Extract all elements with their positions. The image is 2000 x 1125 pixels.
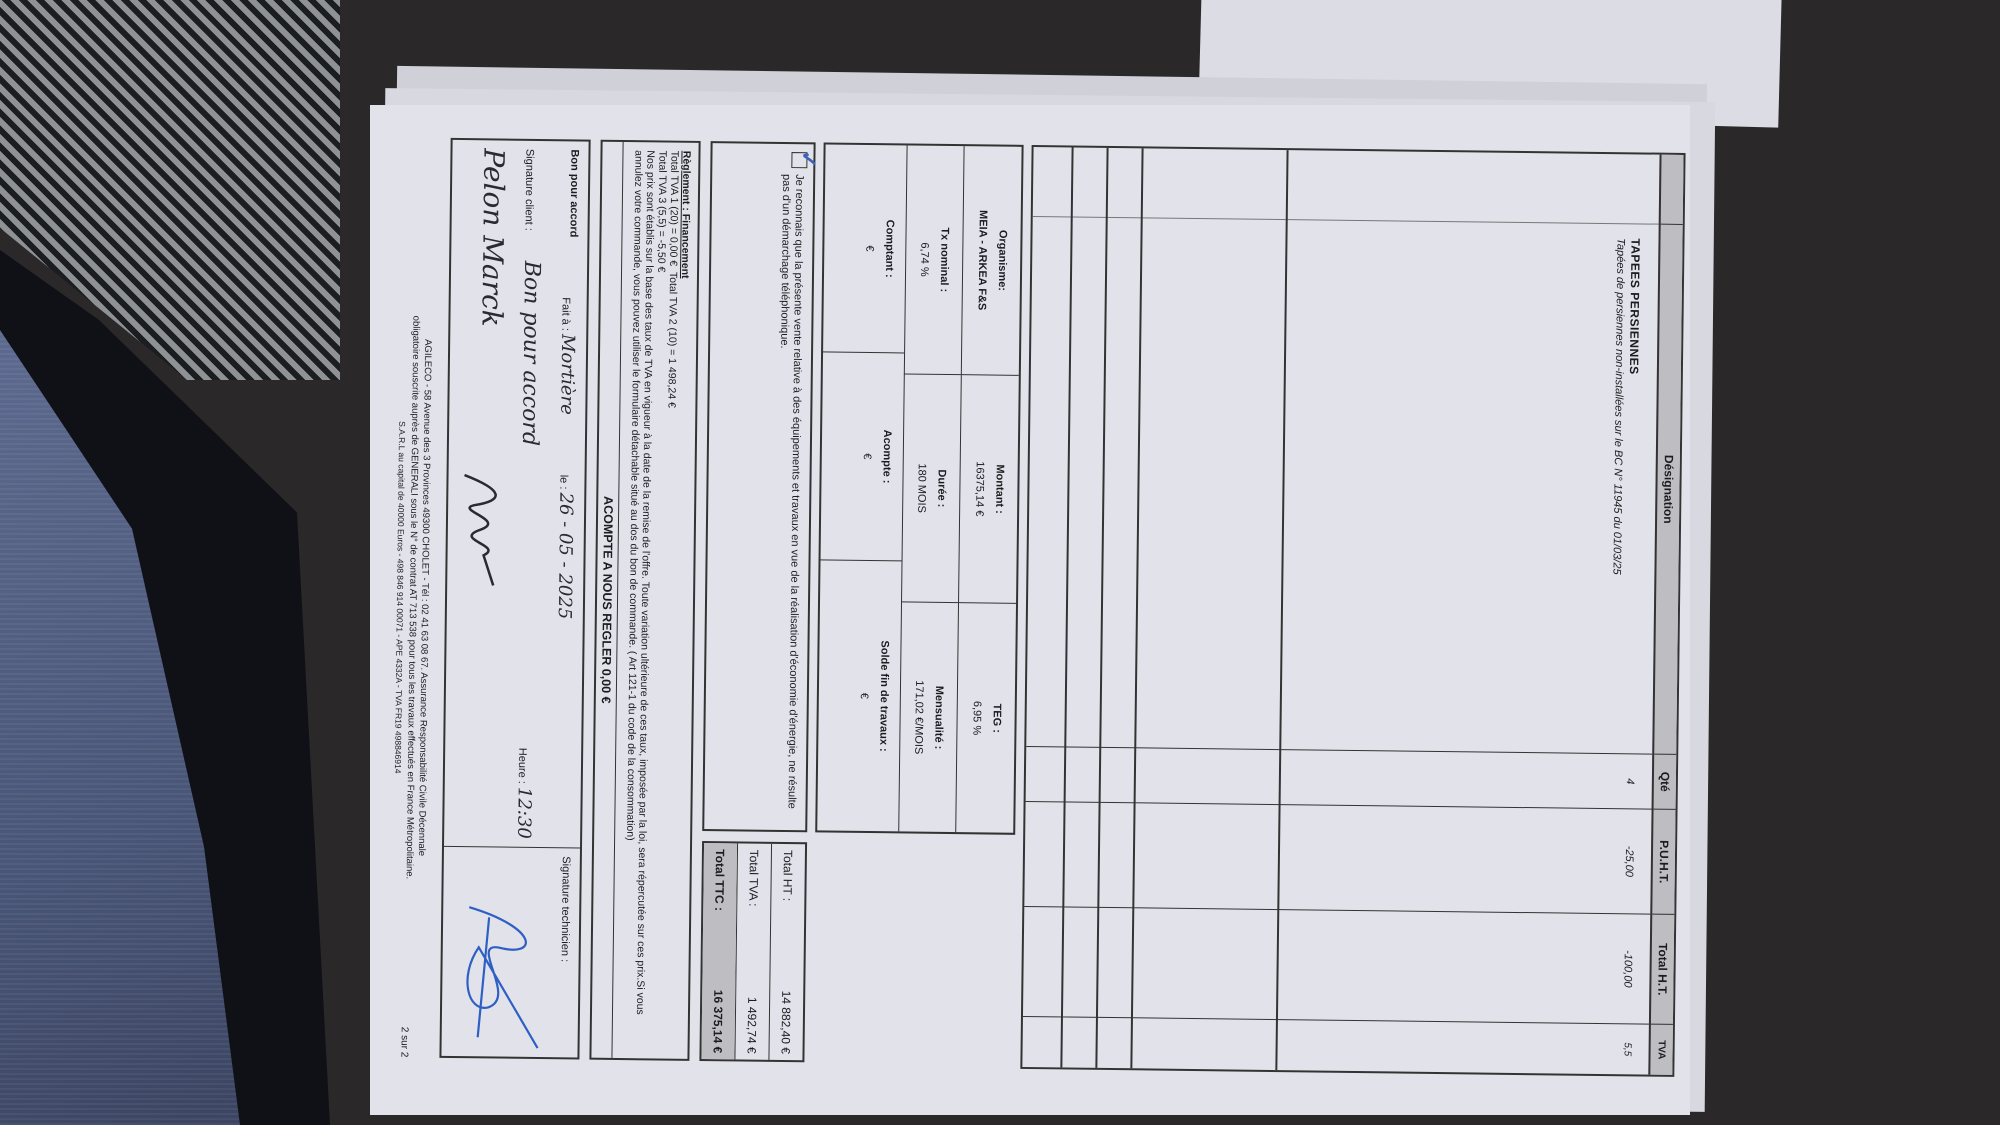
bon-pour-accord-label: Bon pour accord bbox=[558, 149, 580, 237]
financing-mensualite: Mensualité : 171,02 €/MOIS bbox=[898, 603, 958, 832]
deposit-due: ACOMPTE A NOUS REGLER 0,00 € bbox=[591, 142, 623, 1058]
total-ttc-row: Total TTC : 16 375,14 € bbox=[701, 843, 737, 1059]
financing-teg: TEG : 6,95 % bbox=[956, 603, 1016, 832]
vat-2: Total TVA 2 (10) = 1 498,24 € bbox=[665, 272, 679, 408]
financing-box: Organisme: MEIA - ARKEA F&S Montant : 16… bbox=[815, 142, 1023, 834]
total-ht-row: Total HT : 14 882,40 € bbox=[768, 844, 805, 1060]
table-row: TAPEES PERSIENNES Tapées de persiennes n… bbox=[1022, 147, 1659, 1075]
item-title: TAPEES PERSIENNES bbox=[1627, 238, 1643, 374]
signature-box: Bon pour accord Fait à : Mortière le : 2… bbox=[439, 138, 590, 1060]
document-page: Désignation Qté P.U.H.T. Total H.T. TVA … bbox=[370, 105, 1690, 1115]
technician-signature-area: Signature technicien : bbox=[441, 847, 580, 1058]
total-tva-row: Total TVA : 1 492,74 € bbox=[734, 843, 771, 1059]
financing-montant: Montant : 16375,14 € bbox=[959, 375, 1019, 604]
fait-a-value: Mortière bbox=[556, 334, 578, 415]
item-vat: 5,5 bbox=[1022, 1017, 1649, 1075]
payment-solde: Solde fin de travaux : € bbox=[815, 560, 901, 831]
header-total: Total H.T. bbox=[1651, 915, 1674, 1025]
client-handwritten-note: Bon pour accord bbox=[517, 261, 544, 446]
payment-comptant: Comptant : € bbox=[821, 144, 907, 353]
page-number: 2 sur 2 bbox=[398, 1027, 409, 1058]
header-vat: TVA bbox=[1650, 1025, 1673, 1075]
quote-sheet: Désignation Qté P.U.H.T. Total H.T. TVA … bbox=[374, 97, 1686, 1113]
header-unit-price: P.U.H.T. bbox=[1652, 810, 1675, 915]
financing-organisme: Organisme: MEIA - ARKEA F&S bbox=[961, 146, 1021, 375]
totals-box: Total HT : 14 882,40 € Total TVA : 1 492… bbox=[699, 841, 807, 1062]
item-qty: 4 bbox=[1026, 747, 1653, 810]
checkmark-icon: ✓ bbox=[802, 150, 815, 169]
date-value: 26 - 05 - 2025 bbox=[554, 492, 577, 619]
declaration-text: Je reconnais que la présente vente relat… bbox=[778, 174, 805, 809]
item-total: -100,00 bbox=[1023, 907, 1650, 1025]
technician-signature-label: Signature technicien : bbox=[559, 856, 572, 962]
header-designation: Désignation bbox=[1654, 225, 1682, 755]
payment-acompte: Acompte : € bbox=[819, 352, 905, 561]
payment-method: Règlement : Financement bbox=[679, 151, 693, 279]
vat-1: Total TVA 1 (20) = 0,00 € bbox=[667, 151, 680, 267]
time-value: 12:30 bbox=[513, 787, 535, 839]
financing-duree: Durée : 180 MOIS bbox=[901, 374, 961, 603]
technician-signature-scribble bbox=[447, 887, 549, 1058]
company-footer: AGILECO - 58 Avenue des 3 Provinces 4930… bbox=[388, 137, 435, 1057]
client-signature-label: Signature client : bbox=[523, 149, 536, 231]
client-signature-area: Bon pour accord Fait à : Mortière le : 2… bbox=[444, 140, 589, 849]
financing-tx-nominal: Tx nominal : 6,74 % bbox=[904, 145, 964, 374]
payment-terms-box: Règlement : Financement Total TVA 1 (20)… bbox=[589, 140, 700, 1061]
items-table: Désignation Qté P.U.H.T. Total H.T. TVA … bbox=[1020, 145, 1685, 1077]
item-unit-price: -25,00 bbox=[1024, 802, 1651, 915]
client-signature-scribble bbox=[453, 470, 514, 591]
declaration-box: ✓ Je reconnais que la présente vente rel… bbox=[702, 141, 815, 832]
item-description: Tapées de persiennes non-installées sur … bbox=[1609, 238, 1626, 575]
header-qty: Qté bbox=[1654, 755, 1677, 810]
